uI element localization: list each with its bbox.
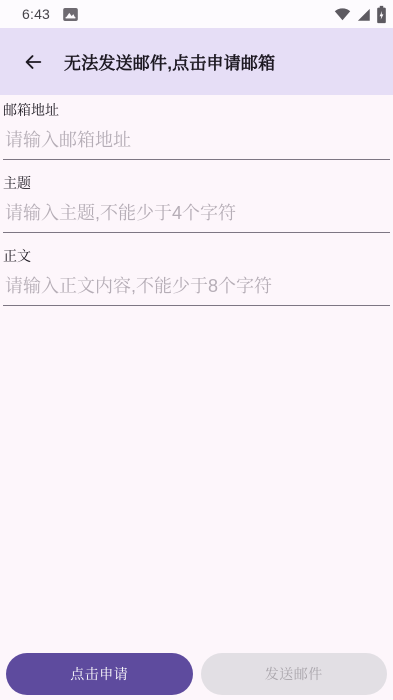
email-address-label: 邮箱地址 — [3, 101, 390, 119]
arrow-left-icon — [22, 51, 44, 73]
field-email-address: 邮箱地址 — [3, 101, 390, 160]
back-button[interactable] — [12, 41, 54, 83]
email-address-input[interactable] — [3, 119, 390, 160]
email-form: 邮箱地址 主题 正文 — [0, 95, 393, 306]
body-label: 正文 — [3, 247, 390, 265]
app-bar: 无法发送邮件,点击申请邮箱 — [0, 28, 393, 95]
app-screen: 6:43 无法发送邮件,点击 — [0, 0, 393, 700]
footer-actions: 点击申请 发送邮件 — [0, 653, 393, 695]
image-notification-icon — [63, 8, 78, 21]
status-icons — [334, 5, 387, 24]
send-email-button[interactable]: 发送邮件 — [201, 653, 388, 695]
field-body: 正文 — [3, 247, 390, 306]
status-time: 6:43 — [22, 6, 50, 22]
battery-charging-icon — [376, 5, 387, 24]
subject-label: 主题 — [3, 174, 390, 192]
apply-mailbox-button[interactable]: 点击申请 — [6, 653, 193, 695]
status-bar: 6:43 — [0, 0, 393, 28]
subject-input[interactable] — [3, 192, 390, 233]
cellular-signal-icon — [356, 7, 371, 22]
field-subject: 主题 — [3, 174, 390, 233]
wifi-icon — [334, 7, 351, 21]
page-title: 无法发送邮件,点击申请邮箱 — [64, 49, 275, 74]
body-input[interactable] — [3, 265, 390, 306]
